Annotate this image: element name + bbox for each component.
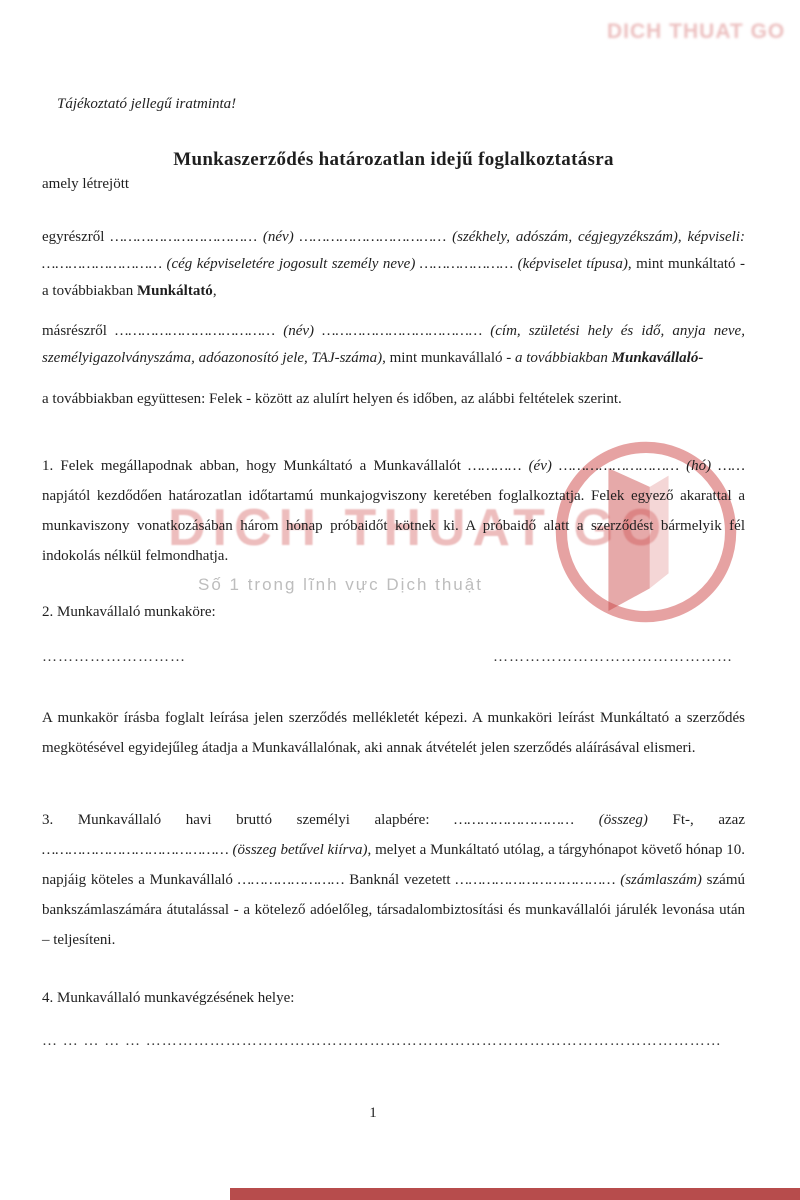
watermark-corner-logo: DICH THUAT GO <box>607 20 782 44</box>
section-3-paragraph: 3. Munkavállaló havi bruttó személyi ala… <box>42 805 745 955</box>
fill-line-left: ……………………… <box>42 644 186 671</box>
party-employee-paragraph: másrészről ……………………………… (név) …………………………… <box>42 318 745 372</box>
template-note: Tájékoztató jellegű iratminta! <box>57 96 745 113</box>
intro-line: amely létrejött <box>42 171 745 198</box>
section-1-paragraph: 1. Felek megállapodnak abban, hogy Munká… <box>42 451 745 571</box>
job-description-paragraph: A munkakör írásba foglalt leírása jelen … <box>42 703 745 763</box>
section-2-heading: 2. Munkavállaló munkaköre: <box>42 599 745 626</box>
parties-together-line: a továbbiakban együttesen: Felek - közöt… <box>42 386 745 413</box>
fill-line-right: ……………………………………… <box>493 644 733 671</box>
document-content: Tájékoztató jellegű iratminta! Munkaszer… <box>42 96 745 1055</box>
watermark-bottom-bar <box>230 1188 800 1200</box>
section-2-fill-line: ……………………… ……………………………………… <box>42 644 745 671</box>
section-4-fill-line: … … … … … ………………………………………………………………………………… <box>42 1028 745 1055</box>
section-4-heading: 4. Munkavállaló munkavégzésének helye: <box>42 985 745 1012</box>
document-page: DICH THUAT GO DICH THUAT GO Số 1 trong l… <box>0 0 800 1200</box>
page-number: 1 <box>0 1105 746 1122</box>
party-employer-paragraph: egyrészről …………………………… (név) ……………………………… <box>42 224 745 305</box>
document-title: Munkaszerződés határozatlan idejű foglal… <box>42 149 745 171</box>
